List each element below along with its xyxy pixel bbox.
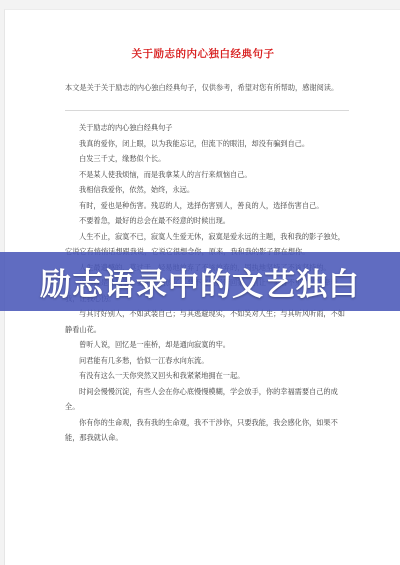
separator-line — [65, 110, 349, 111]
paragraph: 不要着急，最好的总会在最不经意的时候出现。 — [65, 213, 349, 229]
paragraph: 有没有这么一天你突然又回头和我紧紧地拥在一起。 — [65, 368, 349, 384]
paragraph: 问君能有几多愁，恰似一江春水向东流。 — [65, 353, 349, 369]
section-heading: 关于励志的内心独白经典句子 — [65, 120, 349, 136]
paragraph: 有时，爱也是种伤害。残忍的人，选择伤害别人，善良的人，选择伤害自己。 — [65, 198, 349, 214]
paragraph: 曾听人说，回忆是一座桥，却是通向寂寞的牢。 — [65, 337, 349, 353]
paragraph: 我真的爱你，闭上眼，以为我能忘记，但流下的眼泪，却没有骗到自己。 — [65, 136, 349, 152]
document-title: 关于励志的内心独白经典句子 — [5, 46, 400, 61]
paragraph: 不是某人使我烦恼，而是我拿某人的言行来烦恼自己。 — [65, 167, 349, 183]
paragraph: 白发三千丈，缘愁似个长。 — [65, 151, 349, 167]
paragraph: 你有你的生命观，我有我的生命观，我不干涉你，只要我能，我会感化你，如果不能，那我… — [65, 415, 349, 446]
paragraph: 时间会慢慢沉淀，有些人会在你心底慢慢模糊，学会放手，你的幸福需要自己的成全。 — [65, 384, 349, 415]
document-intro: 本文是关于关于励志的内心独白经典句子，仅供参考，希望对您有所帮助，感谢阅读。 — [65, 80, 349, 95]
title-banner: 励志语录中的文艺独白 — [0, 252, 400, 311]
paragraph: 我相信我爱你，依然，始终，永远。 — [65, 182, 349, 198]
banner-title: 励志语录中的文艺独白 — [40, 259, 360, 304]
